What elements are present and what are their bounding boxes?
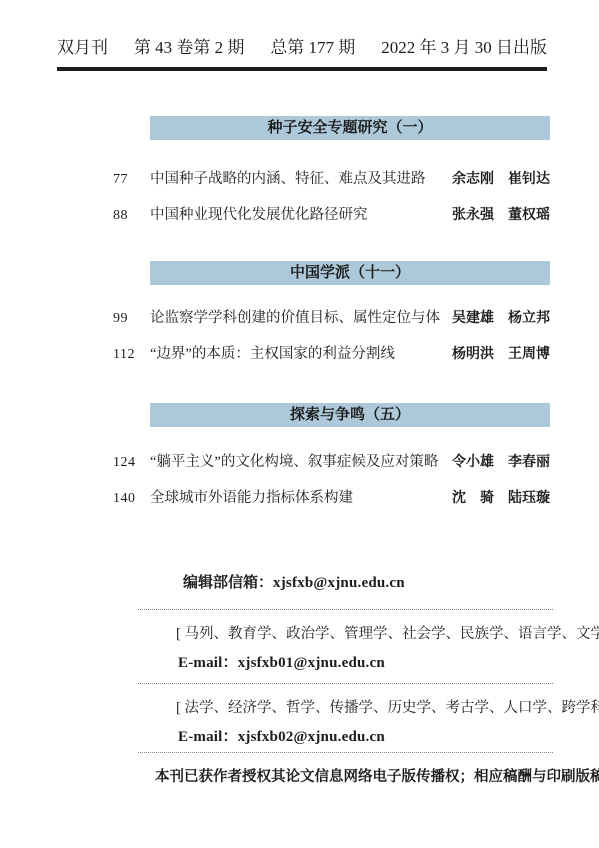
disciplines-group-2: [ 法学、经济学、哲学、传播学、历史学、考古学、人口学、跨学科 ] bbox=[138, 698, 553, 718]
editorial-mailbox-email: xjsfxb@xjnu.edu.cn bbox=[273, 575, 405, 591]
toc-entry: 99 论监察学学科创建的价值目标、属性定位与体系设计 吴建雄 杨立邦 bbox=[113, 307, 550, 329]
dotted-divider bbox=[138, 752, 553, 753]
toc-entry: 112 “边界”的本质：主权国家的利益分割线 杨明洪 王周博 bbox=[113, 343, 550, 365]
page-number: 140 bbox=[113, 489, 150, 509]
publish-date-label: 2022 年 3 月 30 日出版 bbox=[381, 36, 547, 60]
article-authors: 令小雄 李春丽 bbox=[452, 451, 550, 471]
article-authors: 沈 骑 陆珏璇 bbox=[452, 487, 550, 507]
toc-entry: 140 全球城市外语能力指标体系构建 沈 骑 陆珏璇 bbox=[113, 487, 550, 509]
article-authors: 吴建雄 杨立邦 bbox=[452, 307, 550, 327]
cumulative-issue-label: 总第 177 期 bbox=[270, 36, 355, 60]
contact-block: 编辑部信箱：xjsfxb@xjnu.edu.cn [ 马列、教育学、政治学、管理… bbox=[138, 573, 553, 787]
table-of-contents: 种子安全专题研究（一） 77 中国种子战略的内涵、特征、难点及其进路 余志刚 崔… bbox=[113, 116, 550, 509]
dotted-divider bbox=[138, 683, 553, 684]
frequency-label: 双月刊 bbox=[57, 36, 108, 60]
editorial-mailbox-line: 编辑部信箱：xjsfxb@xjnu.edu.cn bbox=[138, 573, 553, 593]
email-line-1: E-mail：xjsfxb01@xjnu.edu.cn bbox=[138, 653, 553, 673]
volume-issue-label: 第 43 卷第 2 期 bbox=[134, 36, 245, 60]
email-line-2: E-mail：xjsfxb02@xjnu.edu.cn bbox=[138, 727, 553, 747]
dotted-divider bbox=[138, 609, 553, 610]
toc-entry: 124 “躺平主义”的文化构境、叙事症候及应对策略 令小雄 李春丽 bbox=[113, 451, 550, 473]
page-number: 124 bbox=[113, 453, 150, 473]
page-number: 88 bbox=[113, 206, 150, 226]
article-authors: 余志刚 崔钊达 bbox=[452, 168, 550, 188]
page-number: 112 bbox=[113, 345, 150, 365]
article-title: 中国种子战略的内涵、特征、难点及其进路 bbox=[150, 169, 440, 189]
email-address-2: xjsfxb02@xjnu.edu.cn bbox=[238, 729, 385, 745]
article-title: 全球城市外语能力指标体系构建 bbox=[150, 488, 440, 508]
article-authors: 杨明洪 王周博 bbox=[452, 343, 550, 363]
article-authors: 张永强 董权瑶 bbox=[452, 204, 550, 224]
email-label: E-mail： bbox=[178, 729, 238, 745]
toc-entry: 77 中国种子战略的内涵、特征、难点及其进路 余志刚 崔钊达 bbox=[113, 168, 550, 190]
journal-toc-page: 双月刊 第 43 卷第 2 期 总第 177 期 2022 年 3 月 30 日… bbox=[0, 0, 599, 848]
email-address-1: xjsfxb01@xjnu.edu.cn bbox=[238, 655, 385, 671]
article-title: “边界”的本质：主权国家的利益分割线 bbox=[150, 344, 440, 364]
masthead: 双月刊 第 43 卷第 2 期 总第 177 期 2022 年 3 月 30 日… bbox=[57, 36, 547, 60]
article-title: “躺平主义”的文化构境、叙事症候及应对策略 bbox=[150, 452, 440, 472]
section-header-seed-security: 种子安全专题研究（一） bbox=[150, 116, 550, 140]
article-title: 论监察学学科创建的价值目标、属性定位与体系设计 bbox=[150, 308, 440, 328]
toc-entry: 88 中国种业现代化发展优化路径研究 张永强 董权瑶 bbox=[113, 204, 550, 226]
section-header-chinese-school: 中国学派（十一） bbox=[150, 261, 550, 285]
article-title: 中国种业现代化发展优化路径研究 bbox=[150, 205, 440, 225]
section-header-exploration-debate: 探索与争鸣（五） bbox=[150, 403, 550, 427]
disciplines-group-1: [ 马列、教育学、政治学、管理学、社会学、民族学、语言学、文学 ] bbox=[138, 624, 553, 644]
page-number: 77 bbox=[113, 170, 150, 190]
masthead-divider bbox=[57, 67, 547, 71]
page-number: 99 bbox=[113, 309, 150, 329]
editorial-mailbox-label: 编辑部信箱： bbox=[183, 574, 273, 591]
copyright-note: 本刊已获作者授权其论文信息网络电子版传播权；相应稿酬与印刷版稿酬一并支付。 bbox=[138, 767, 553, 787]
email-label: E-mail： bbox=[178, 655, 238, 671]
